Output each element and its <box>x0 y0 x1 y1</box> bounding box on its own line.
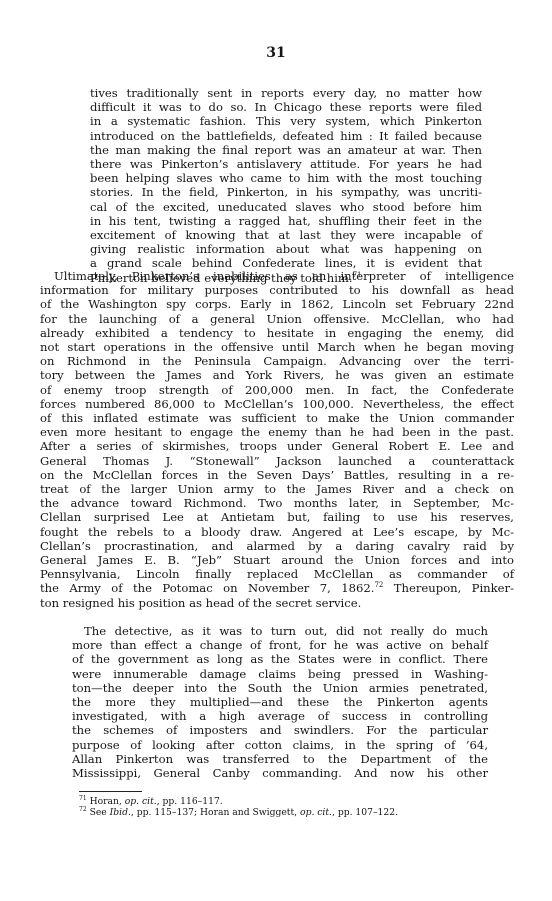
text-line: forces numbered 86,000 to McClellan’s 10… <box>40 397 514 411</box>
text-line: were innumerable damage claims being pre… <box>72 667 488 681</box>
footnote-text: Horan, <box>90 796 125 807</box>
text-line: the schemes of imposters and swindlers. … <box>72 723 488 737</box>
text-line: in his tent, twisting a ragged hat, shuf… <box>90 214 482 228</box>
text-line: stories. In the field, Pinkerton, in his… <box>90 185 482 199</box>
text-line: The detective, as it was to turn out, di… <box>72 624 488 638</box>
block-quote-2: The detective, as it was to turn out, di… <box>72 624 488 780</box>
footnote-72: 72 See Ibid., pp. 115–137; Horan and Swi… <box>79 807 398 818</box>
text-line: excitement of knowing that at last they … <box>90 228 482 242</box>
text-line: tives traditionally sent in reports ever… <box>90 86 482 100</box>
text-line: of this inflated estimate was sufficient… <box>40 411 514 425</box>
text-line: already exhibited a tendency to hesitate… <box>40 326 514 340</box>
text-line: been helping slaves who came to him with… <box>90 171 482 185</box>
footnote-italic: Ibid. <box>110 807 131 818</box>
text-line: difficult it was to do so. In Chicago th… <box>90 100 482 114</box>
text-line: more than effect a change of front, for … <box>72 638 488 652</box>
text-line: fought the rebels to a bloody draw. Ange… <box>40 525 514 539</box>
text-line: General James E. B. “Jeb” Stuart around … <box>40 553 514 567</box>
text-line: of the government as long as the States … <box>72 652 488 666</box>
page-number: 31 <box>0 45 552 61</box>
text-line: on Richmond in the Peninsula Campaign. A… <box>40 354 514 368</box>
text-line: the man making the final report was an a… <box>90 143 482 157</box>
text-line: purpose of looking after cotton claims, … <box>72 738 488 752</box>
text-line: not start operations in the offensive un… <box>40 340 514 354</box>
footnote-rule <box>79 791 142 792</box>
text-line: Mississippi, General Canby commanding. A… <box>72 766 488 780</box>
text-fragment: Thereupon, Pinker- <box>383 581 514 595</box>
text-line: Allan Pinkerton was transferred to the D… <box>72 752 488 766</box>
text-line: ton—the deeper into the South the Union … <box>72 681 488 695</box>
text-line: giving realistic information about what … <box>90 242 482 256</box>
footnote-text: , pp. 115–137; Horan and Swiggett, <box>131 807 300 818</box>
text-line: After a series of skirmishes, troops und… <box>40 439 514 453</box>
text-line: tory between the James and York Rivers, … <box>40 368 514 382</box>
block-quote-1: tives traditionally sent in reports ever… <box>90 86 482 285</box>
text-line: there was Pinkerton’s antislavery attitu… <box>90 157 482 171</box>
text-line: Clellan’s procrastination, and alarmed b… <box>40 539 514 553</box>
text-line: even more hesitant to engage the enemy t… <box>40 425 514 439</box>
text-line: on the McClellan forces in the Seven Day… <box>40 468 514 482</box>
body-paragraph: Ultimately, Pinkerton’s inabilities as a… <box>40 269 514 610</box>
text-line: the more they multiplied—and these the P… <box>72 695 488 709</box>
text-line: investigated, with a high average of suc… <box>72 709 488 723</box>
footnote-number: 72 <box>79 806 87 813</box>
text-line: ton resigned his position as head of the… <box>40 596 514 610</box>
text-line: General Thomas J. “Stonewall” Jackson la… <box>40 454 514 468</box>
text-line: of the Washington spy corps. Early in 18… <box>40 297 514 311</box>
text-line: for the launching of a general Union off… <box>40 312 514 326</box>
footnote-italic: op. cit. <box>125 796 157 807</box>
text-line: information for military purposes contri… <box>40 283 514 297</box>
text-line: of enemy troop strength of 200,000 men. … <box>40 383 514 397</box>
footnote-text: See <box>90 807 110 818</box>
footnote-text: , pp. 107–122. <box>332 807 398 818</box>
text-line: Pennsylvania, Lincoln finally replaced M… <box>40 567 514 581</box>
text-line: Clellan surprised Lee at Antietam but, f… <box>40 510 514 524</box>
text-line: in a systematic fashion. This very syste… <box>90 114 482 128</box>
text-line: Ultimately, Pinkerton’s inabilities as a… <box>40 269 514 283</box>
footnote-text: , pp. 116–117. <box>157 796 223 807</box>
text-line: the Army of the Potomac on November 7, 1… <box>40 581 514 595</box>
text-line: the advance toward Richmond. Two months … <box>40 496 514 510</box>
text-line: treat of the larger Union army to the Ja… <box>40 482 514 496</box>
text-fragment: the Army of the Potomac on November 7, 1… <box>40 581 374 595</box>
footnotes: 71 Horan, op. cit., pp. 116–117. 72 See … <box>79 796 398 818</box>
footnote-71: 71 Horan, op. cit., pp. 116–117. <box>79 796 398 807</box>
text-line: introduced on the battlefields, defeated… <box>90 129 482 143</box>
footnote-number: 71 <box>79 795 87 802</box>
footnote-italic: op. cit. <box>300 807 332 818</box>
text-line: cal of the excited, uneducated slaves wh… <box>90 200 482 214</box>
